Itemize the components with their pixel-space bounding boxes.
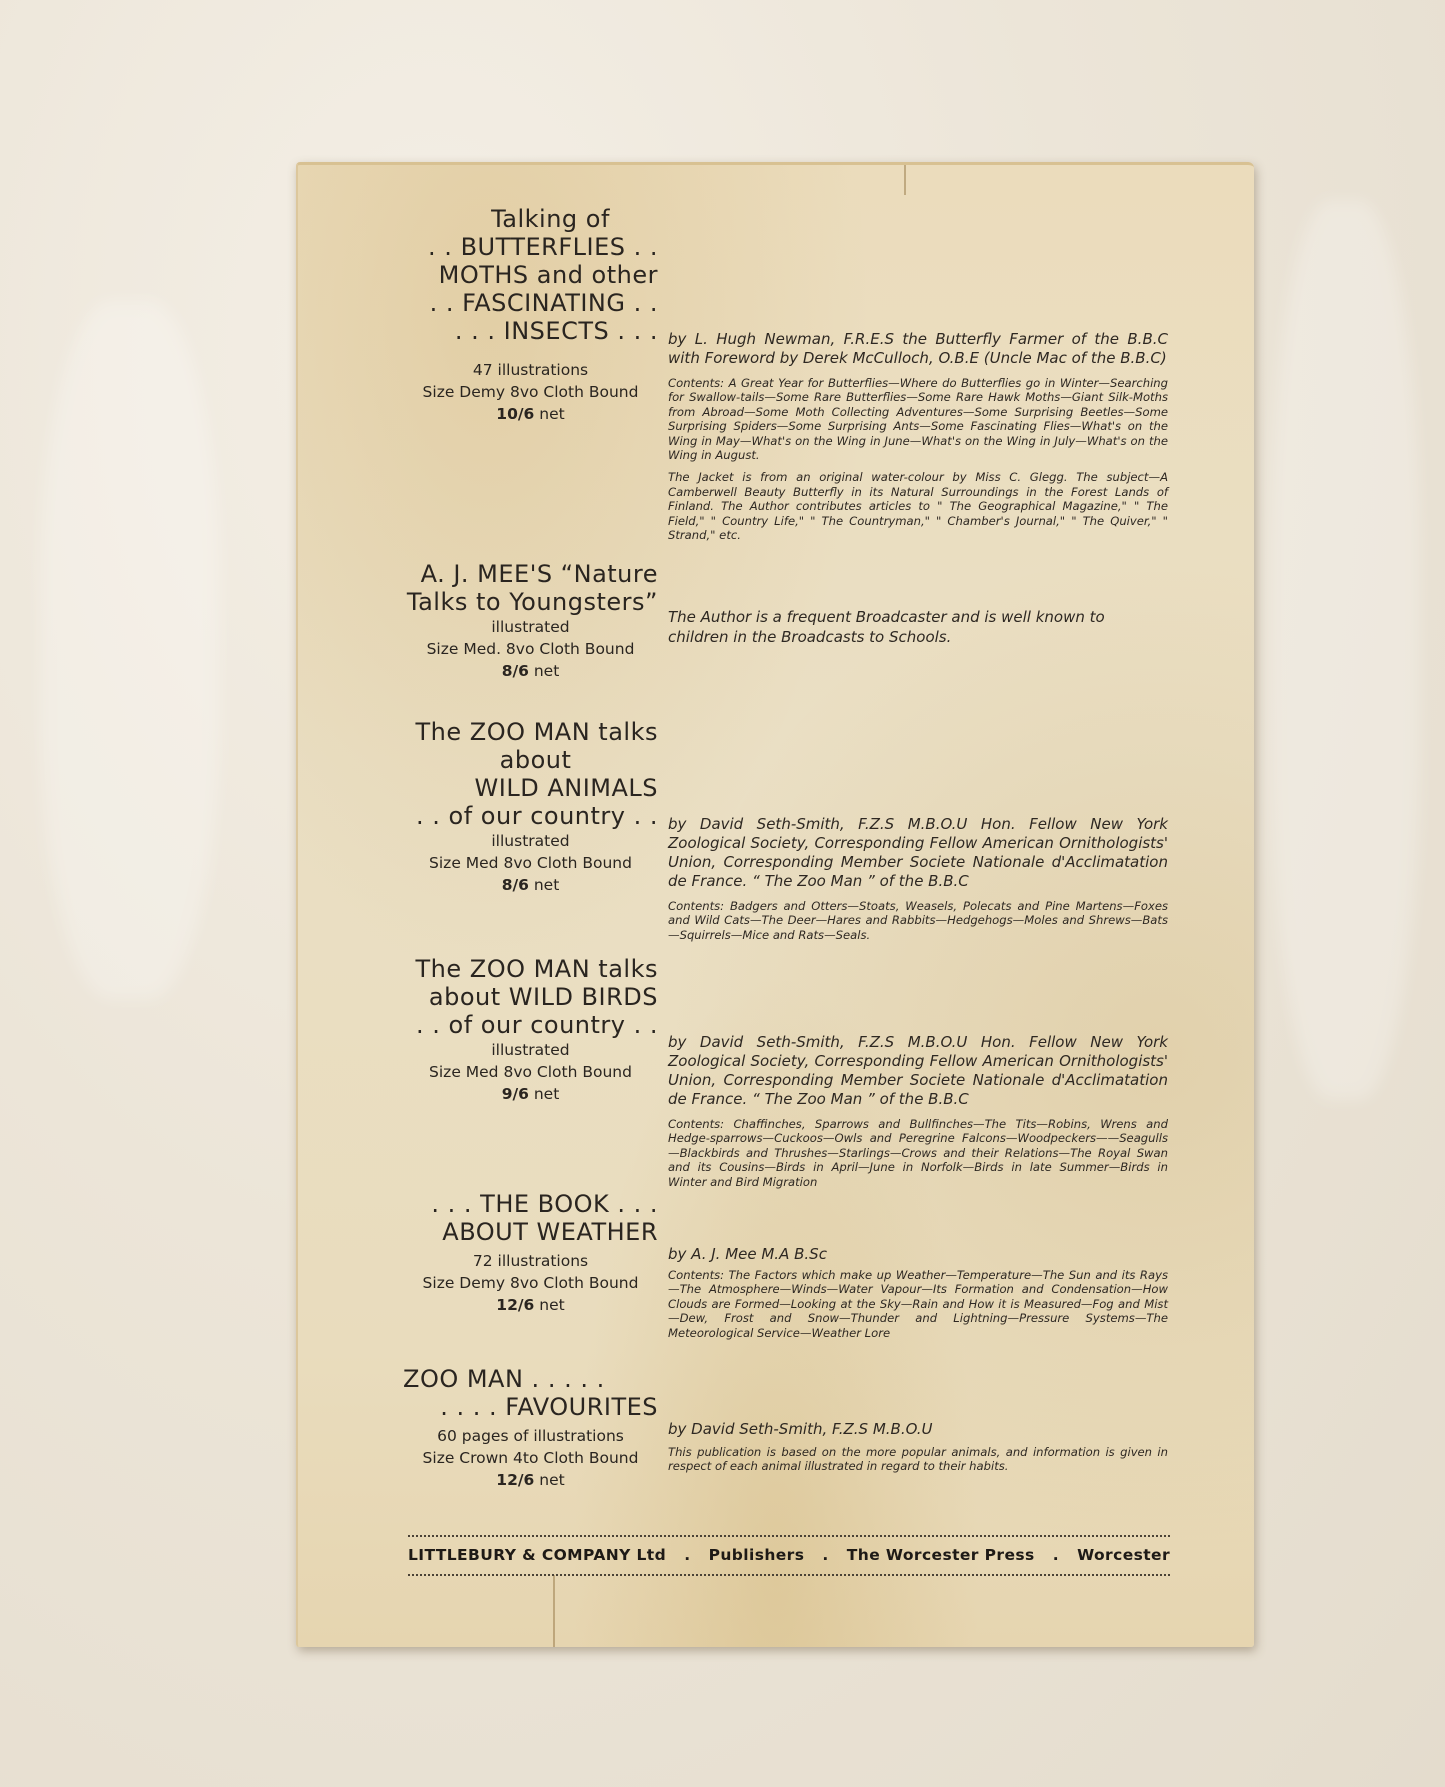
book-title-line: . . of our country . . (403, 802, 658, 830)
publisher-city: Worcester (1077, 1546, 1170, 1564)
price-value: 10/6 (496, 405, 534, 423)
book-illustrations: 72 illustrations (403, 1250, 658, 1272)
cloth-fold (40, 300, 220, 1000)
book-title-line: . . . . FAVOURITES (403, 1393, 658, 1421)
book-description-favourites: by David Seth-Smith, F.Z.S M.B.O.U This … (668, 1420, 1168, 1474)
book-title-line: ABOUT WEATHER (403, 1218, 658, 1246)
book-title-line: . . . THE BOOK . . . (403, 1190, 658, 1218)
book-title-line: Talking of (403, 205, 658, 233)
book-description-insects: by L. Hugh Newman, F.R.E.S the Butterfly… (668, 330, 1168, 542)
book-listing-favourites: ZOO MAN . . . . . . . . . FAVOURITES 60 … (403, 1365, 658, 1491)
book-title-line: A. J. MEE'S “Nature (403, 560, 658, 588)
press-name: The Worcester Press (847, 1546, 1035, 1564)
price-suffix: net (539, 1296, 564, 1314)
book-listing-weather: . . . THE BOOK . . . ABOUT WEATHER 72 il… (403, 1190, 658, 1316)
book-size: Size Med 8vo Cloth Bound (403, 1061, 658, 1083)
book-illustrations: illustrated (403, 1039, 658, 1061)
book-description-wild-birds: by David Seth-Smith, F.Z.S M.B.O.U Hon. … (668, 1033, 1168, 1189)
book-contents: This publication is based on the more po… (668, 1445, 1168, 1474)
separator: . (1053, 1546, 1059, 1564)
separator: . (684, 1546, 690, 1564)
book-title-line: MOTHS and other (403, 261, 658, 289)
book-price: 8/6 net (403, 660, 658, 682)
book-title-line: . . of our country . . (403, 1011, 658, 1039)
publisher-line: LITTLEBURY & COMPANY Ltd . Publishers . … (408, 1537, 1170, 1574)
book-contents: Contents: Badgers and Otters—Stoats, Wea… (668, 899, 1168, 942)
jacket-tear (904, 165, 906, 195)
book-title-line: about WILD BIRDS (403, 983, 658, 1011)
price-suffix: net (534, 662, 559, 680)
price-value: 9/6 (502, 1085, 529, 1103)
book-title-line: ZOO MAN . . . . . (403, 1365, 658, 1393)
book-contents: Contents: A Great Year for Butterflies—W… (668, 376, 1168, 462)
book-illustrations: 47 illustrations (403, 359, 658, 381)
book-author: by A. J. Mee M.A B.Sc (668, 1245, 1168, 1264)
book-author: by David Seth-Smith, F.Z.S M.B.O.U Hon. … (668, 1033, 1168, 1109)
dotted-rule (408, 1574, 1170, 1576)
book-description-wild-animals: by David Seth-Smith, F.Z.S M.B.O.U Hon. … (668, 815, 1168, 942)
book-extra-note: The Jacket is from an original water-col… (668, 470, 1168, 542)
book-title-line: . . BUTTERFLIES . . (403, 233, 658, 261)
publisher-footer: LITTLEBURY & COMPANY Ltd . Publishers . … (408, 1535, 1170, 1576)
book-size: Size Crown 4to Cloth Bound (403, 1447, 658, 1469)
book-listing-wild-birds: The ZOO MAN talks about WILD BIRDS . . o… (403, 955, 658, 1105)
price-value: 8/6 (502, 662, 529, 680)
book-title-line: . . FASCINATING . . (403, 289, 658, 317)
book-jacket-back: Talking of . . BUTTERFLIES . . MOTHS and… (296, 162, 1254, 1647)
book-description-nature-talks: The Author is a frequent Broadcaster and… (668, 607, 1168, 647)
book-size: Size Med. 8vo Cloth Bound (403, 638, 658, 660)
book-price: 9/6 net (403, 1083, 658, 1105)
book-price: 8/6 net (403, 874, 658, 896)
price-suffix: net (539, 1471, 564, 1489)
price-suffix: net (534, 876, 559, 894)
book-title-line: The ZOO MAN talks (403, 955, 658, 983)
book-title-line: about (403, 746, 658, 774)
book-price: 10/6 net (403, 403, 658, 425)
price-suffix: net (534, 1085, 559, 1103)
cloth-fold (1270, 200, 1420, 1100)
book-size: Size Med 8vo Cloth Bound (403, 852, 658, 874)
book-contents: Contents: The Factors which make up Weat… (668, 1268, 1168, 1340)
price-value: 12/6 (496, 1296, 534, 1314)
publisher-name: LITTLEBURY & COMPANY Ltd (408, 1546, 666, 1564)
book-illustrations: 60 pages of illustrations (403, 1425, 658, 1447)
book-price: 12/6 net (403, 1469, 658, 1491)
book-title-line: WILD ANIMALS (403, 774, 658, 802)
publisher-role: Publishers (709, 1546, 805, 1564)
book-title-line: Talks to Youngsters” (403, 588, 658, 616)
book-author: by David Seth-Smith, F.Z.S M.B.O.U (668, 1420, 1168, 1439)
book-author: by L. Hugh Newman, F.R.E.S the Butterfly… (668, 330, 1168, 368)
book-title-line: The ZOO MAN talks (403, 718, 658, 746)
book-contents: Contents: Chaffinches, Sparrows and Bull… (668, 1117, 1168, 1189)
book-note: The Author is a frequent Broadcaster and… (668, 607, 1168, 647)
book-size: Size Demy 8vo Cloth Bound (403, 381, 658, 403)
book-title-line: . . . INSECTS . . . (403, 317, 658, 345)
book-description-weather: by A. J. Mee M.A B.Sc Contents: The Fact… (668, 1245, 1168, 1340)
book-illustrations: illustrated (403, 830, 658, 852)
book-listing-nature-talks: A. J. MEE'S “Nature Talks to Youngsters”… (403, 560, 658, 682)
price-value: 12/6 (496, 1471, 534, 1489)
book-author: by David Seth-Smith, F.Z.S M.B.O.U Hon. … (668, 815, 1168, 891)
jacket-tear (553, 1575, 555, 1647)
price-suffix: net (539, 405, 564, 423)
book-listing-insects: Talking of . . BUTTERFLIES . . MOTHS and… (403, 205, 658, 425)
separator: . (822, 1546, 828, 1564)
book-illustrations: illustrated (403, 616, 658, 638)
book-listing-wild-animals: The ZOO MAN talks about WILD ANIMALS . .… (403, 718, 658, 896)
price-value: 8/6 (502, 876, 529, 894)
book-price: 12/6 net (403, 1294, 658, 1316)
book-size: Size Demy 8vo Cloth Bound (403, 1272, 658, 1294)
